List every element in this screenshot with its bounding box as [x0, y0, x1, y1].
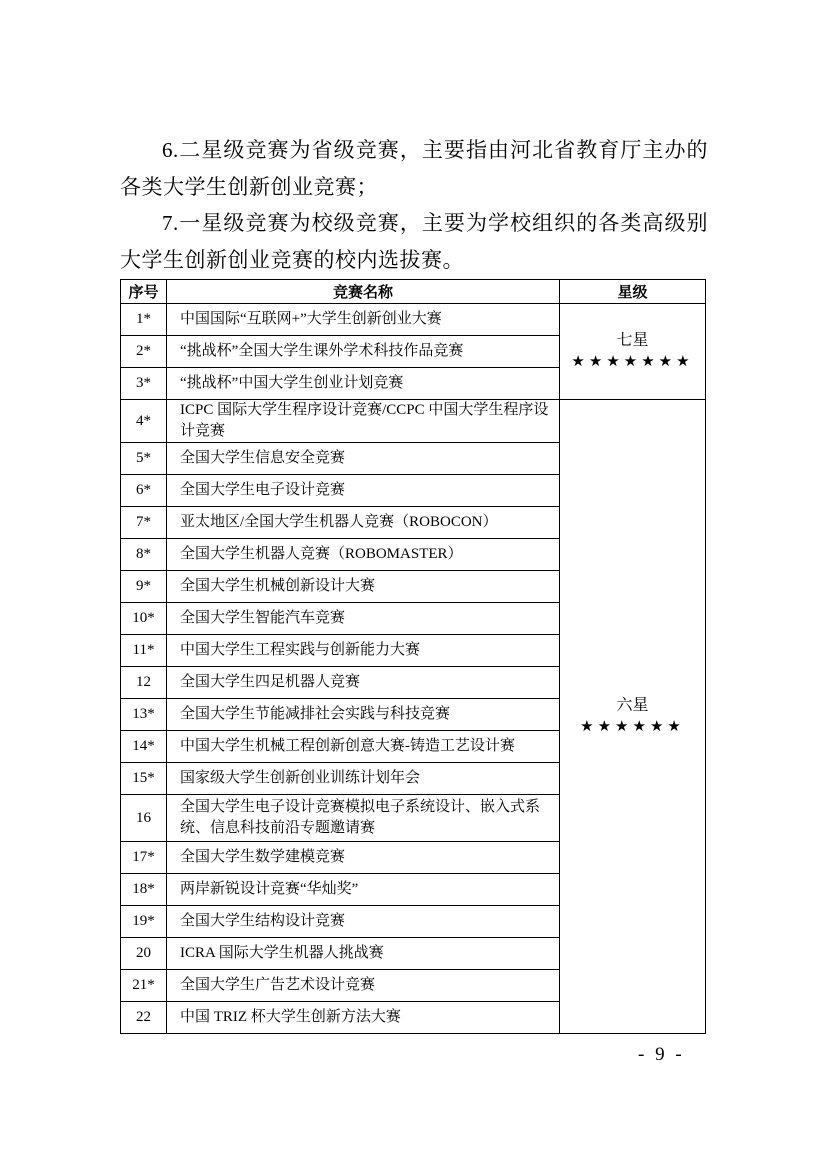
header-competition-name: 竞赛名称 — [167, 280, 560, 304]
competition-name-cell: “挑战杯”全国大学生课外学术科技作品竞赛 — [167, 336, 560, 368]
row-number-cell: 1* — [121, 304, 167, 336]
header-serial-number: 序号 — [121, 280, 167, 304]
competition-name-cell: 全国大学生电子设计竞赛 — [167, 475, 560, 507]
row-number-cell: 7* — [121, 507, 167, 539]
header-row: 序号 竞赛名称 星级 — [121, 280, 706, 304]
competition-name-cell: 中国大学生机械工程创新创意大赛-铸造工艺设计赛 — [167, 731, 560, 763]
competition-name-cell: 中国大学生工程实践与创新能力大赛 — [167, 635, 560, 667]
row-number-cell: 12 — [121, 667, 167, 699]
competition-table: 序号 竞赛名称 星级 1*中国国际“互联网+”大学生创新创业大赛七星★★★★★★… — [120, 279, 706, 1034]
row-number-cell: 10* — [121, 603, 167, 635]
row-number-cell: 21* — [121, 970, 167, 1002]
row-number-cell: 6* — [121, 475, 167, 507]
row-number-cell: 8* — [121, 539, 167, 571]
star-level-label: 七星 — [560, 331, 705, 351]
row-number-cell: 15* — [121, 763, 167, 795]
row-number-cell: 3* — [121, 368, 167, 400]
competition-table-header: 序号 竞赛名称 星级 — [121, 280, 706, 304]
document-page: 6.二星级竞赛为省级竞赛，主要指由河北省教育厅主办的各类大学生创新创业竞赛； 7… — [0, 0, 827, 1170]
competition-name-cell: 全国大学生智能汽车竞赛 — [167, 603, 560, 635]
competition-name-cell: 全国大学生机械创新设计大赛 — [167, 571, 560, 603]
star-level-label: 六星 — [560, 696, 705, 716]
competition-name-cell: “挑战杯”中国大学生创业计划竞赛 — [167, 368, 560, 400]
row-number-cell: 20 — [121, 938, 167, 970]
competition-name-cell: ICPC 国际大学生程序设计竞赛/CCPC 中国大学生程序设计竞赛 — [167, 400, 560, 443]
competition-name-cell: ICRA 国际大学生机器人挑战赛 — [167, 938, 560, 970]
paragraph-item-6: 6.二星级竞赛为省级竞赛，主要指由河北省教育厅主办的各类大学生创新创业竞赛； — [120, 132, 708, 205]
row-number-cell: 11* — [121, 635, 167, 667]
star-level-cell: 六星★★★★★★ — [560, 400, 706, 1034]
page-number: - 9 - — [638, 1044, 685, 1066]
header-star-level: 星级 — [560, 280, 706, 304]
competition-name-cell: 全国大学生信息安全竞赛 — [167, 443, 560, 475]
table-row: 1*中国国际“互联网+”大学生创新创业大赛七星★★★★★★★ — [121, 304, 706, 336]
competition-name-cell: 中国 TRIZ 杯大学生创新方法大赛 — [167, 1002, 560, 1034]
star-level-cell: 七星★★★★★★★ — [560, 304, 706, 400]
row-number-cell: 17* — [121, 842, 167, 874]
table-row: 4*ICPC 国际大学生程序设计竞赛/CCPC 中国大学生程序设计竞赛六星★★★… — [121, 400, 706, 443]
competition-table-body: 1*中国国际“互联网+”大学生创新创业大赛七星★★★★★★★2*“挑战杯”全国大… — [121, 304, 706, 1034]
competition-name-cell: 国家级大学生创新创业训练计划年会 — [167, 763, 560, 795]
competition-name-cell: 全国大学生电子设计竞赛模拟电子系统设计、嵌入式系统、信息科技前沿专题邀请赛 — [167, 795, 560, 842]
competition-name-cell: 两岸新锐设计竞赛“华灿奖” — [167, 874, 560, 906]
competition-name-cell: 全国大学生四足机器人竞赛 — [167, 667, 560, 699]
row-number-cell: 9* — [121, 571, 167, 603]
competition-name-cell: 全国大学生节能减排社会实践与科技竞赛 — [167, 699, 560, 731]
row-number-cell: 4* — [121, 400, 167, 443]
competition-name-cell: 全国大学生广告艺术设计竞赛 — [167, 970, 560, 1002]
page-content: 6.二星级竞赛为省级竞赛，主要指由河北省教育厅主办的各类大学生创新创业竞赛； 7… — [120, 132, 708, 1034]
row-number-cell: 16 — [121, 795, 167, 842]
star-icons: ★★★★★★★ — [560, 351, 705, 373]
star-icons: ★★★★★★ — [560, 716, 705, 738]
row-number-cell: 18* — [121, 874, 167, 906]
row-number-cell: 22 — [121, 1002, 167, 1034]
competition-name-cell: 亚太地区/全国大学生机器人竞赛（ROBOCON） — [167, 507, 560, 539]
competition-name-cell: 全国大学生数学建模竞赛 — [167, 842, 560, 874]
row-number-cell: 2* — [121, 336, 167, 368]
row-number-cell: 5* — [121, 443, 167, 475]
paragraph-item-7: 7.一星级竞赛为校级竞赛，主要为学校组织的各类高级别大学生创新创业竞赛的校内选拔… — [120, 205, 708, 278]
competition-name-cell: 全国大学生机器人竞赛（ROBOMASTER） — [167, 539, 560, 571]
row-number-cell: 14* — [121, 731, 167, 763]
row-number-cell: 13* — [121, 699, 167, 731]
competition-name-cell: 中国国际“互联网+”大学生创新创业大赛 — [167, 304, 560, 336]
row-number-cell: 19* — [121, 906, 167, 938]
competition-name-cell: 全国大学生结构设计竞赛 — [167, 906, 560, 938]
